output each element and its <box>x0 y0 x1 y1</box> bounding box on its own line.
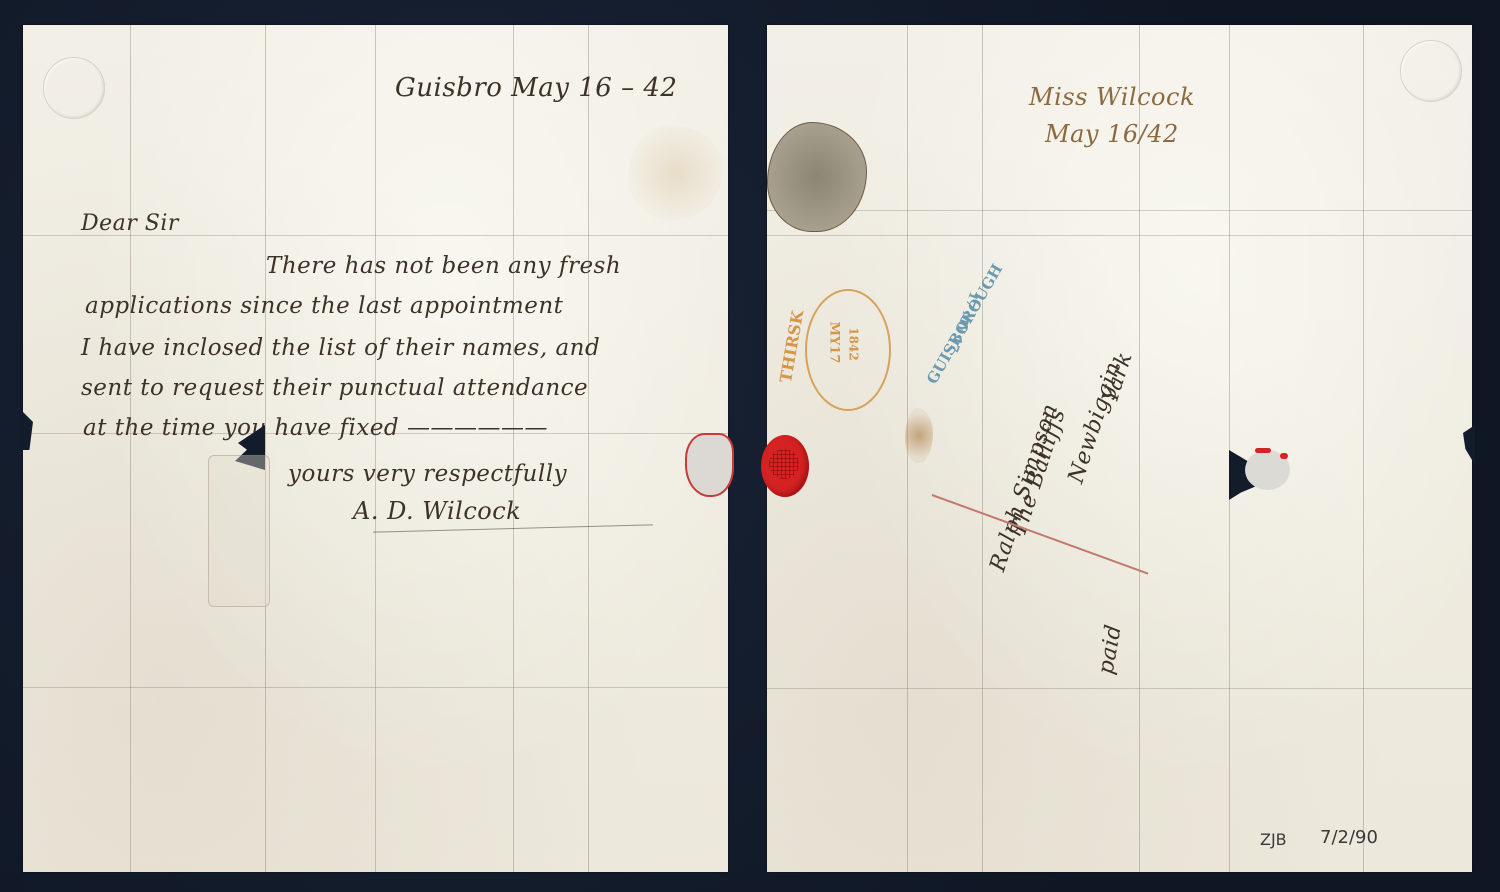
red-wax-seal <box>761 435 809 497</box>
dateline: Guisbro May 16 – 42 <box>395 73 677 103</box>
torn-flap <box>208 455 270 607</box>
postmark-date: MY17 <box>826 322 841 364</box>
signature: A. D. Wilcock <box>353 497 521 525</box>
archive-date: 7/2/90 <box>1320 827 1378 848</box>
fold-line <box>767 210 1472 211</box>
fold-line <box>1363 25 1364 872</box>
embossed-stamp-icon <box>1400 40 1462 102</box>
address-line: Yark <box>1098 349 1138 406</box>
fold-line <box>767 235 1472 236</box>
fold-line <box>265 25 266 872</box>
foxing-stain <box>905 408 933 463</box>
body-line: I have inclosed the list of their names,… <box>81 335 600 361</box>
body-line: applications since the last appointment <box>85 293 563 319</box>
postmark-thirsk: THIRSK MY17 1842 <box>767 285 897 415</box>
letter-page-right: Miss Wilcock May 16/42 THIRSK MY17 1842 … <box>767 25 1472 872</box>
closing: yours very respectfully <box>288 461 567 487</box>
docket-date: May 16/42 <box>1045 120 1179 148</box>
wax-fragment <box>1255 448 1271 453</box>
fold-line <box>513 25 514 872</box>
fold-line <box>1229 25 1230 872</box>
paper-tear <box>21 410 33 450</box>
body-line: sent to request their punctual attendanc… <box>81 375 588 401</box>
paid-note: paid <box>1093 623 1126 677</box>
wax-fragment <box>1280 453 1288 459</box>
fold-line <box>767 688 1472 689</box>
postmark-town: THIRSK <box>776 309 807 384</box>
embossed-stamp-icon <box>43 57 105 119</box>
fold-line <box>588 25 589 872</box>
water-stain <box>628 125 723 220</box>
letter-page-left: Guisbro May 16 – 42 Dear Sir There has n… <box>23 25 728 872</box>
docket-name: Miss Wilcock <box>1029 83 1195 111</box>
postmark-year: 1842 <box>847 327 861 360</box>
seal-impression-icon <box>769 449 799 479</box>
paper-tear <box>1463 425 1475 465</box>
body-line: There has not been any fresh <box>266 253 621 279</box>
fold-line <box>375 25 376 872</box>
address-block: Ralph Simpson The Bailiffs Newbiggin Yar… <box>977 325 1167 605</box>
archive-initials: ZJB <box>1260 830 1287 849</box>
water-stain <box>767 122 867 232</box>
fold-line <box>23 687 728 688</box>
fold-line <box>130 25 131 872</box>
salutation: Dear Sir <box>81 211 179 236</box>
body-line: at the time you have fixed —————— <box>83 415 548 441</box>
wax-seal-remnant <box>685 433 734 497</box>
